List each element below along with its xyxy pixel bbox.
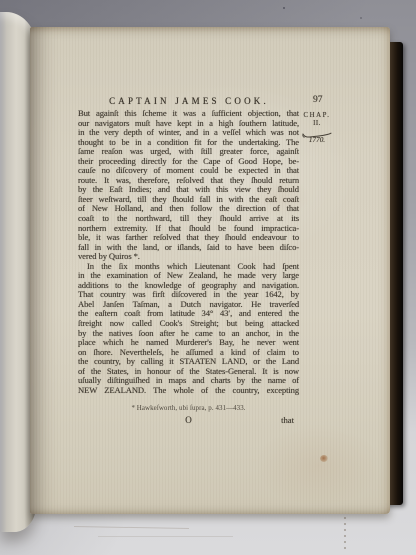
body-paragraph-2: In the ſix months which Lieutenant Cook … [78, 262, 299, 396]
signature-row: O that [78, 415, 299, 426]
signature-mark: O [78, 415, 299, 425]
catchword: that [281, 415, 294, 425]
foxing-spot [320, 455, 328, 462]
page-number: 97 [313, 95, 323, 105]
text-line: NEW ZEALAND. The whole of the country, e… [78, 386, 299, 396]
sidenote: CHAP. II. 1770. [299, 112, 335, 144]
body-paragraph-1: But againſt this ſcheme it was a ſuffici… [78, 109, 299, 262]
running-head: CAPTAIN JAMES COOK. [78, 96, 300, 106]
scratch-mark [98, 536, 233, 537]
sidenote-chapter: CHAP. [299, 112, 335, 119]
book-photograph: CAPTAIN JAMES COOK. 97 CHAP. II. 1770. B… [0, 0, 416, 555]
body-text: But againſt this ſcheme it was a ſuffici… [78, 109, 299, 395]
flourish-icon [299, 127, 335, 136]
sidenote-numeral: II. [299, 120, 335, 127]
footnote: * Hawkeſworth, ubi ſupra, p. 431—433. [78, 405, 299, 412]
dust-speck [360, 17, 362, 19]
book-page: CAPTAIN JAMES COOK. 97 CHAP. II. 1770. B… [30, 27, 390, 514]
dust-speck [283, 7, 285, 9]
scratch-mark [344, 517, 346, 551]
